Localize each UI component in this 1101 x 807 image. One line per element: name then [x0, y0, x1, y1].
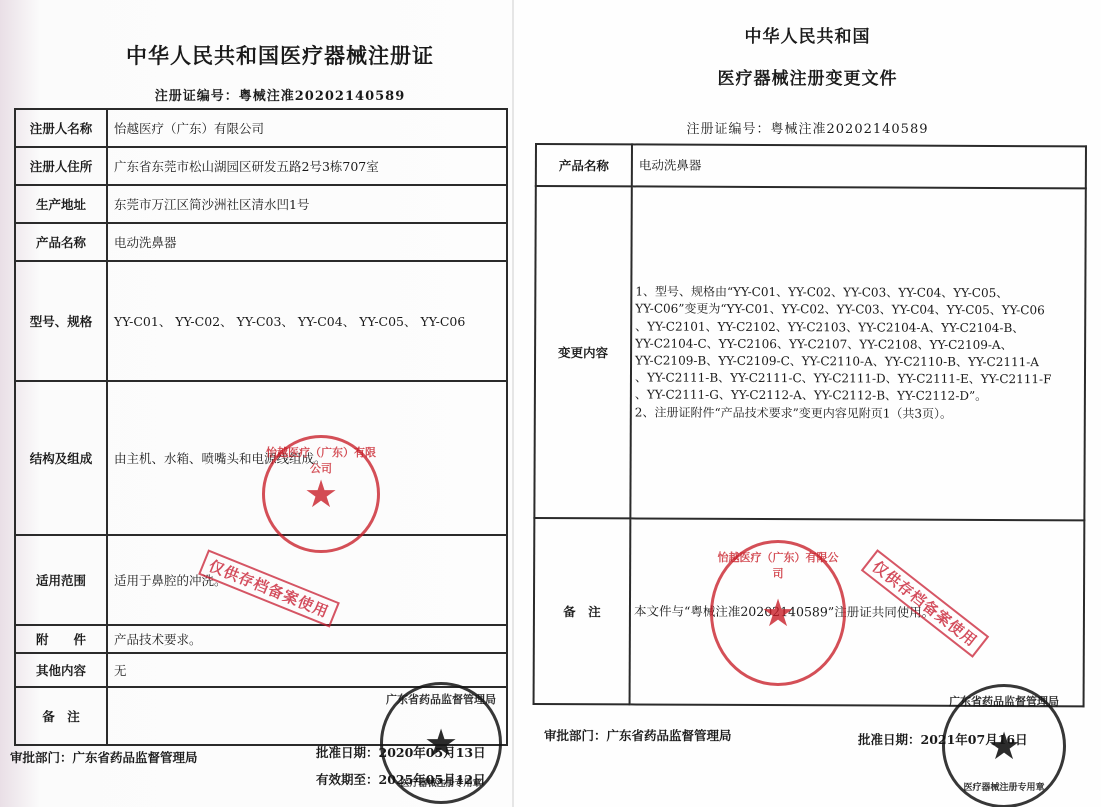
- certificate-title: 中华人民共和国医疗器械注册证: [60, 40, 500, 70]
- product-name: 电动洗鼻器: [632, 144, 1086, 188]
- row-label: 型号、规格: [15, 261, 107, 381]
- change-line: 、YY-C2101、YY-C2102、YY-C2103、YY-C2104-A、Y…: [635, 318, 1082, 337]
- row-label: 备 注: [15, 687, 107, 745]
- remarks: [107, 687, 507, 745]
- scope-of-use: 适用于鼻腔的冲洗。: [107, 535, 507, 625]
- change-table: 产品名称 电动洗鼻器 变更内容 1、型号、规格由“YY-C01、YY-C02、Y…: [533, 143, 1087, 707]
- model-spec: YY-C01、 YY-C02、 YY-C03、 YY-C04、 YY-C05、 …: [107, 261, 507, 381]
- table-row: 结构及组成 由主机、水箱、喷嘴头和电源线组成。: [15, 381, 507, 535]
- table-row: 附 件 产品技术要求。: [15, 625, 507, 653]
- change-content: 1、型号、规格由“YY-C01、YY-C02、YY-C03、YY-C04、YY-…: [630, 186, 1085, 520]
- other-content: 无: [107, 653, 507, 687]
- valid-until: 有效期至：2025年05月12日: [316, 770, 486, 788]
- row-label: 适用范围: [15, 535, 107, 625]
- attachments: 产品技术要求。: [107, 625, 507, 653]
- change-line: 、YY-C2111-G、YY-C2112-A、YY-C2112-B、YY-C21…: [635, 387, 1082, 406]
- table-row: 注册人住所 广东省东莞市松山湖园区研发五路2号3栋707室: [15, 147, 507, 185]
- product-name: 电动洗鼻器: [107, 223, 507, 261]
- structure-composition: 由主机、水箱、喷嘴头和电源线组成。: [107, 381, 507, 535]
- seal-bottom-text: 医疗器械注册专用章: [945, 780, 1063, 793]
- valid-until-label: 有效期至：: [316, 772, 379, 787]
- table-row: 注册人名称 怡越医疗（广东）有限公司: [15, 109, 507, 147]
- row-label: 其他内容: [15, 653, 107, 687]
- valid-until-value: 2025年05月12日: [379, 772, 486, 787]
- registrant-name: 怡越医疗（广东）有限公司: [107, 109, 507, 147]
- approval-date-label: 批准日期：: [316, 745, 379, 760]
- approval-department: 审批部门：广东省药品监督管理局: [544, 726, 732, 744]
- change-doc-reg-number: 注册证编号：粤械注准20202140589: [514, 118, 1101, 137]
- row-label: 注册人住所: [15, 147, 107, 185]
- change-line: 、YY-C2111-B、YY-C2111-C、YY-C2111-D、YY-C21…: [635, 370, 1082, 389]
- change-line: 1、型号、规格由“YY-C01、YY-C02、YY-C03、YY-C04、YY-…: [635, 284, 1082, 303]
- table-row: 型号、规格 YY-C01、 YY-C02、 YY-C03、 YY-C04、 YY…: [15, 261, 507, 381]
- certificate-reg-number: 注册证编号：粤械注准20202140589: [60, 85, 500, 104]
- table-row: 适用范围 适用于鼻腔的冲洗。: [15, 535, 507, 625]
- approval-date-value: 2021年07月16日: [921, 732, 1028, 747]
- row-label: 变更内容: [534, 186, 631, 518]
- change-line: 2、注册证附件“产品技术要求”变更内容见附页1（共3页）。: [635, 404, 1082, 423]
- change-line: YY-C2109-B、YY-C2109-C、YY-C2110-A、YY-C211…: [635, 352, 1082, 371]
- change-line: YY-C2104-C、YY-C2106、YY-C2107、YY-C2108、YY…: [635, 335, 1082, 354]
- change-doc-title-line2: 医疗器械注册变更文件: [514, 64, 1101, 89]
- row-label: 生产地址: [15, 185, 107, 223]
- row-label: 注册人名称: [15, 109, 107, 147]
- approval-date: 批准日期：2021年07月16日: [858, 730, 1028, 748]
- row-label: 备 注: [534, 518, 631, 704]
- table-row: 产品名称 电动洗鼻器: [15, 223, 507, 261]
- change-doc-title-line1: 中华人民共和国: [514, 22, 1101, 47]
- registration-certificate-page: 中华人民共和国医疗器械注册证 注册证编号：粤械注准20202140589 注册人…: [0, 0, 512, 807]
- approval-department: 审批部门：广东省药品监督管理局: [10, 748, 198, 766]
- row-label: 附 件: [15, 625, 107, 653]
- approval-date: 批准日期：2020年05月13日: [316, 743, 486, 761]
- approval-date-value: 2020年05月13日: [379, 745, 486, 760]
- certificate-table: 注册人名称 怡越医疗（广东）有限公司 注册人住所 广东省东莞市松山湖园区研发五路…: [14, 108, 508, 746]
- table-row: 生产地址 东莞市万江区简沙洲社区清水凹1号: [15, 185, 507, 223]
- remarks: 本文件与“粤械注准20202140589”注册证共同使用。: [630, 518, 1085, 706]
- row-label: 结构及组成: [15, 381, 107, 535]
- table-row: 产品名称 电动洗鼻器: [536, 144, 1086, 188]
- registrant-address: 广东省东莞市松山湖园区研发五路2号3栋707室: [107, 147, 507, 185]
- table-row: 变更内容 1、型号、规格由“YY-C01、YY-C02、YY-C03、YY-C0…: [534, 186, 1085, 520]
- production-address: 东莞市万江区简沙洲社区清水凹1号: [107, 185, 507, 223]
- table-row: 备 注: [15, 687, 507, 745]
- table-row: 其他内容 无: [15, 653, 507, 687]
- approval-date-label: 批准日期：: [858, 732, 921, 747]
- change-line: YY-C06”变更为“YY-C01、YY-C02、YY-C03、YY-C04、Y…: [635, 301, 1082, 320]
- registration-change-page: 中华人民共和国 医疗器械注册变更文件 注册证编号：粤械注准20202140589…: [514, 0, 1101, 807]
- table-row: 备 注 本文件与“粤械注准20202140589”注册证共同使用。: [534, 518, 1085, 706]
- row-label: 产品名称: [15, 223, 107, 261]
- row-label: 产品名称: [536, 144, 632, 186]
